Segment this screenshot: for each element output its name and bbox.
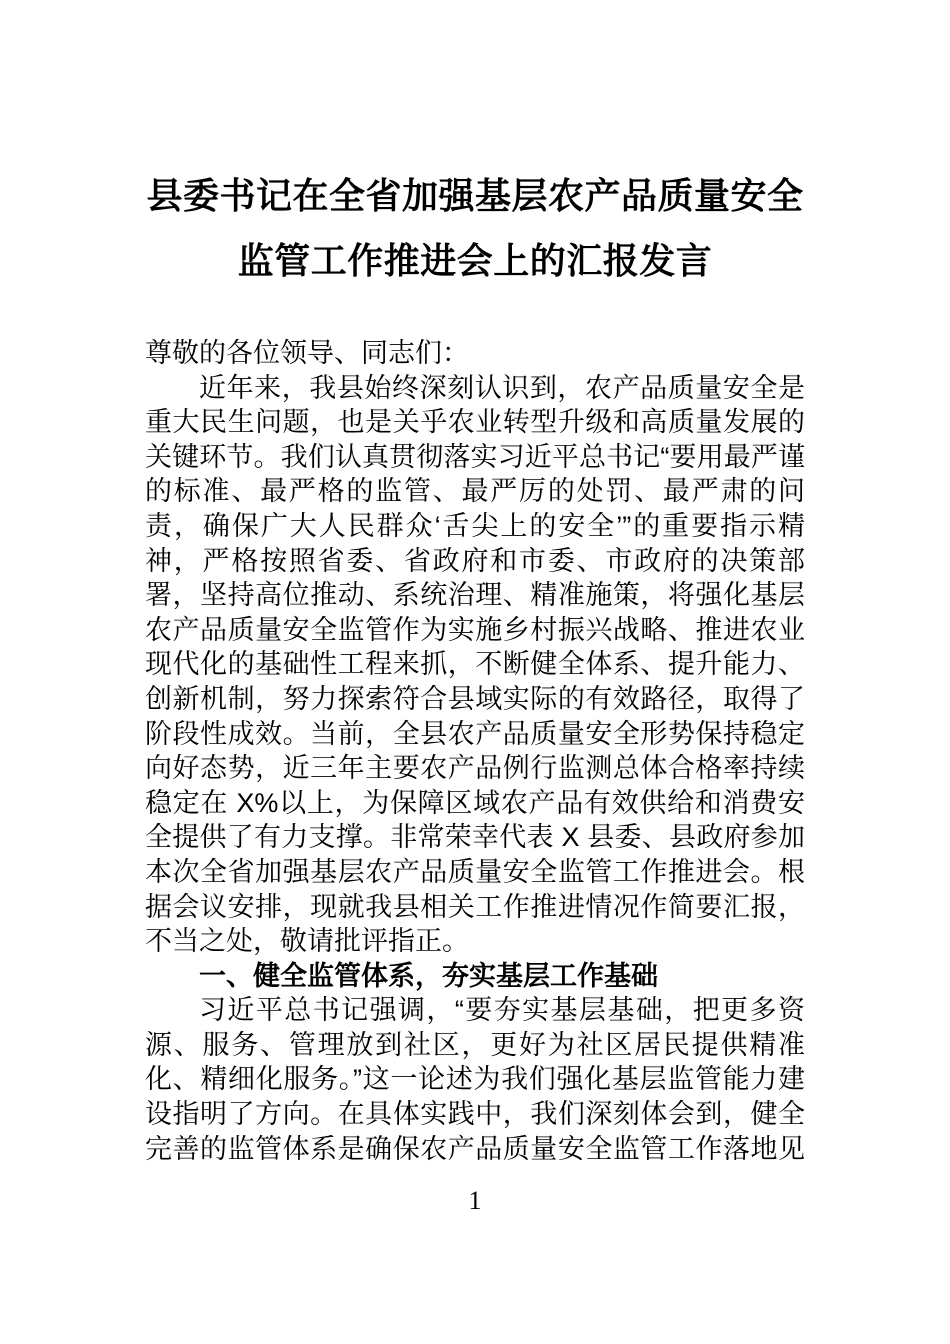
document-title: 县委书记在全省加强基层农产品质量安全 监管工作推进会上的汇报发言 [145,163,805,293]
section-1-paragraph: 习近平总书记强调，“要夯实基层基础，把更多资源、服务、管理放到社区，更好为社区居… [145,993,805,1168]
section-1-heading: 一、健全监管体系，夯实基层工作基础 [145,959,805,994]
title-line-2: 监管工作推进会上的汇报发言 [145,228,805,293]
page-number: 1 [469,1186,482,1215]
document-body: 尊敬的各位领导、同志们： 近年来，我县始终深刻认识到，农产品质量安全是重大民生问… [145,336,805,1168]
intro-paragraph: 近年来，我县始终深刻认识到，农产品质量安全是重大民生问题，也是关乎农业转型升级和… [145,371,805,959]
document-page: 县委书记在全省加强基层农产品质量安全 监管工作推进会上的汇报发言 尊敬的各位领导… [0,0,950,1344]
page-footer: 1 [0,1186,950,1216]
salutation-line: 尊敬的各位领导、同志们： [145,336,805,371]
title-line-1: 县委书记在全省加强基层农产品质量安全 [145,163,805,228]
